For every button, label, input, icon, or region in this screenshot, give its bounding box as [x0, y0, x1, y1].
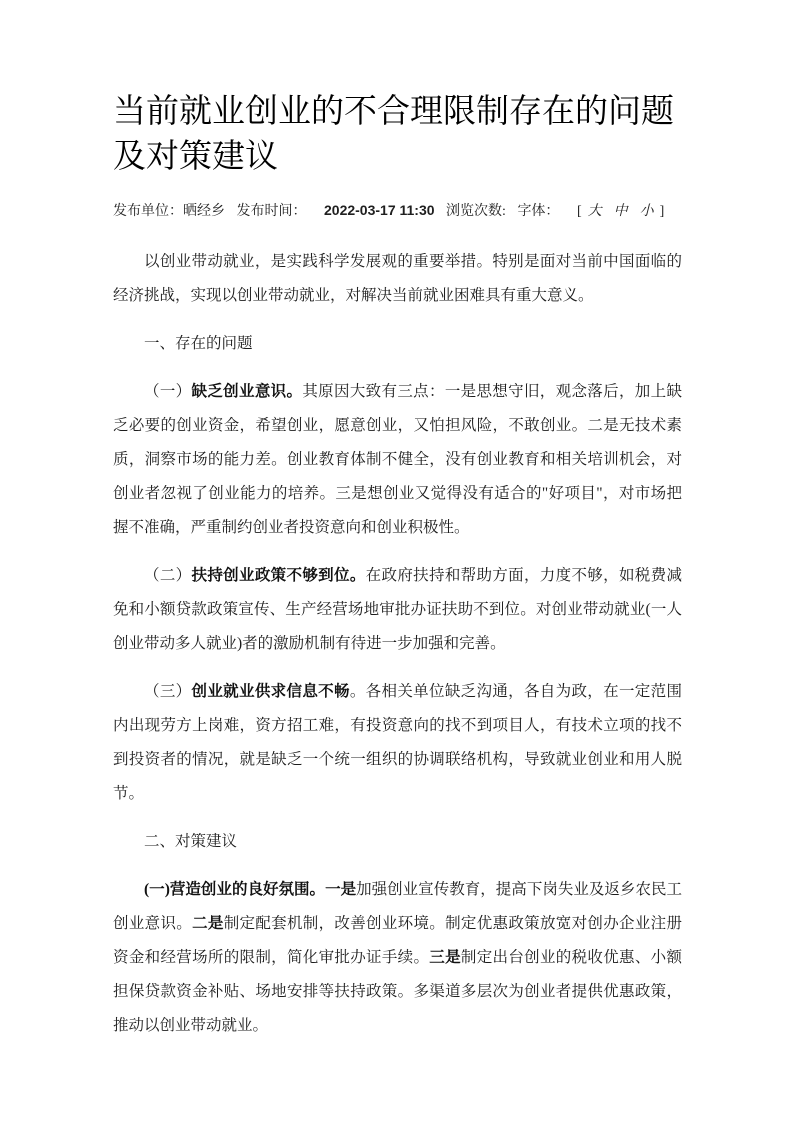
problem-item-1-prefix: （一） — [144, 383, 192, 400]
problem-item-3-prefix: （三） — [144, 683, 192, 700]
suggestion-marker-3: 三是 — [429, 949, 461, 966]
problem-item-3: （三）创业就业供求信息不畅。各相关单位缺乏沟通，各自为政，在一定范围内出现劳方上… — [113, 675, 682, 811]
font-bracket-open: [ — [577, 204, 582, 219]
publish-time-value: 2022-03-17 11:30 — [324, 202, 435, 218]
suggestion-lead-bold: (一)营造创业的良好氛围。一是 — [144, 881, 356, 898]
problem-item-3-title: 创业就业供求信息不畅 — [192, 683, 350, 700]
problem-item-2: （二）扶持创业政策不够到位。在政府扶持和帮助方面，力度不够，如税费减免和小额贷款… — [113, 559, 682, 661]
publisher-value: 晒经乡 — [183, 204, 225, 219]
section-2-heading: 二、对策建议 — [113, 825, 682, 859]
page-title: 当前就业创业的不合理限制存在的问题及对策建议 — [113, 90, 682, 180]
problem-item-2-title: 扶持创业政策不够到位。 — [192, 567, 366, 584]
font-bracket-close: ] — [660, 204, 665, 219]
meta-bar: 发布单位：晒经乡 发布时间： 2022-03-17 11:30 浏览次数: 字体… — [113, 200, 682, 222]
suggestion-paragraph: (一)营造创业的良好氛围。一是加强创业宣传教育，提高下岗失业及返乡农民工创业意识… — [113, 873, 682, 1043]
section-1-heading: 一、存在的问题 — [113, 327, 682, 361]
document-body: 以创业带动就业，是实践科学发展观的重要举措。特别是面对当前中国面临的经济挑战，实… — [113, 222, 682, 1043]
problem-item-2-prefix: （二） — [144, 567, 192, 584]
publisher-label: 发布单位： — [113, 204, 183, 219]
problem-item-3-text: 。各相关单位缺乏沟通，各自为政，在一定范围内出现劳方上岗难，资方招工难，有投资意… — [113, 683, 682, 802]
problem-item-1-text: 其原因大致有三点：一是思想守旧，观念落后，加上缺乏必要的创业资金，希望创业，愿意… — [113, 383, 682, 536]
font-size-small-link[interactable]: 小 — [640, 204, 654, 219]
font-size-medium-link[interactable]: 中 — [614, 204, 628, 219]
font-label: 字体： — [517, 204, 559, 219]
suggestion-marker-2: 二是 — [192, 915, 224, 932]
views-label: 浏览次数: — [446, 204, 506, 219]
problem-item-1: （一）缺乏创业意识。其原因大致有三点：一是思想守旧，观念落后，加上缺乏必要的创业… — [113, 375, 682, 545]
publish-time-label: 发布时间： — [237, 204, 307, 219]
problem-item-1-title: 缺乏创业意识。 — [192, 383, 303, 400]
document-page: 当前就业创业的不合理限制存在的问题及对策建议 发布单位：晒经乡 发布时间： 20… — [0, 0, 794, 1122]
font-size-large-link[interactable]: 大 — [588, 204, 602, 219]
intro-paragraph: 以创业带动就业，是实践科学发展观的重要举措。特别是面对当前中国面临的经济挑战，实… — [113, 245, 682, 313]
